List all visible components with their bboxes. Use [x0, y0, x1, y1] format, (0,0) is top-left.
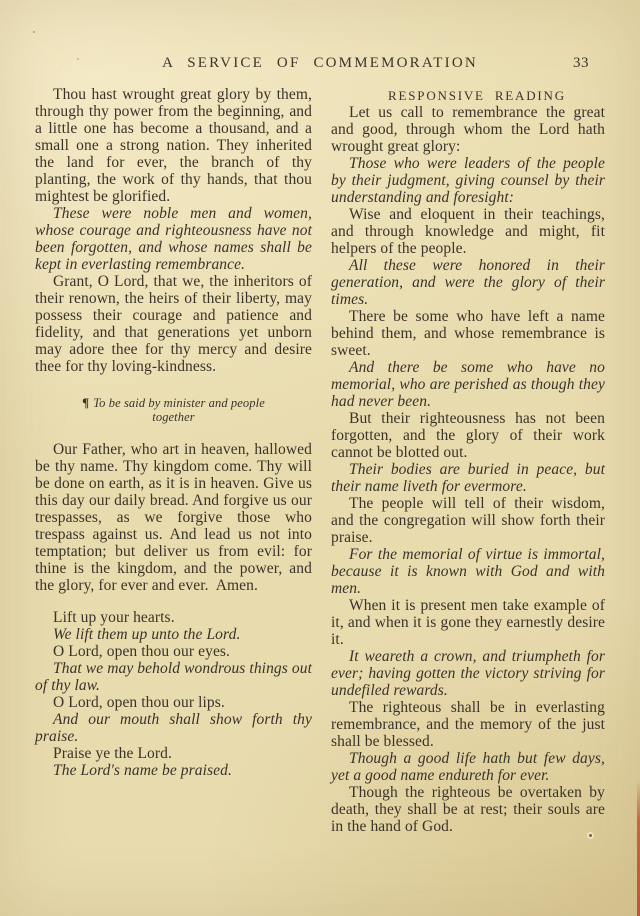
versicles: Lift up your hearts. We lift them up unt…: [35, 609, 312, 779]
section-heading: RESPONSIVE READING: [331, 88, 605, 104]
verse: The righteous shall be in everlasting re…: [331, 699, 605, 750]
verse: There be some who have left a name behin…: [331, 308, 605, 359]
versicle-line: That we may behold wondrous things out o…: [35, 660, 312, 694]
running-head: A SERVICE OF COMMEMORATION 33: [35, 55, 605, 72]
paragraph: Thou hast wrought great glory by them, t…: [35, 86, 312, 205]
verse: It weareth a crown, and triumpheth for e…: [331, 648, 605, 699]
verse: Let us call to remembrance the great and…: [331, 104, 605, 155]
verse: For the memorial of virtue is immortal, …: [331, 546, 605, 597]
left-column: Thou hast wrought great glory by them, t…: [35, 86, 312, 779]
verse: All these were honored in their generati…: [331, 257, 605, 308]
versicle-line: O Lord, open thou our lips.: [35, 694, 312, 711]
verse: Wise and eloquent in their teachings, an…: [331, 206, 605, 257]
book-page: A SERVICE OF COMMEMORATION 33 Thou hast …: [0, 0, 640, 916]
verse: Though the righteous be overtaken by dea…: [331, 784, 605, 835]
page-title: A SERVICE OF COMMEMORATION: [162, 55, 478, 71]
verse: When it is present men take example of i…: [331, 597, 605, 648]
verse: But their righteousness has not been for…: [331, 410, 605, 461]
rubric: ¶To be said by minister and people toget…: [65, 396, 283, 424]
versicle-line: Praise ye the Lord.: [35, 745, 312, 762]
versicle-line: O Lord, open thou our eyes.: [35, 643, 312, 660]
verse: The people will tell of their wisdom, an…: [331, 495, 605, 546]
versicle-line: And our mouth shall show forth thy prais…: [35, 711, 312, 745]
paper-speck: [589, 834, 592, 837]
versicle-line: The Lord's name be praised.: [35, 762, 312, 779]
verse: Their bodies are buried in peace, but th…: [331, 461, 605, 495]
verse: Though a good life hath but few days, ye…: [331, 750, 605, 784]
versicle-line: We lift them up unto the Lord.: [35, 626, 312, 643]
versicle-line: Lift up your hearts.: [35, 609, 312, 626]
paragraph: Grant, O Lord, that we, the inheritors o…: [35, 273, 312, 375]
paper-speck: [33, 31, 35, 33]
verse: And there be some who have no memorial, …: [331, 359, 605, 410]
page-number: 33: [573, 55, 589, 72]
rubric-text: To be said by minister and people togeth…: [93, 396, 265, 424]
paper-speck: [77, 58, 79, 60]
verse: Those who were leaders of the people by …: [331, 155, 605, 206]
lords-prayer: Our Father, who art in heaven, hallowed …: [35, 441, 312, 594]
paragraph: These were noble men and women, whose co…: [35, 205, 312, 273]
right-column: RESPONSIVE READING Let us call to rememb…: [331, 88, 605, 835]
pilcrow-icon: ¶: [82, 395, 89, 410]
